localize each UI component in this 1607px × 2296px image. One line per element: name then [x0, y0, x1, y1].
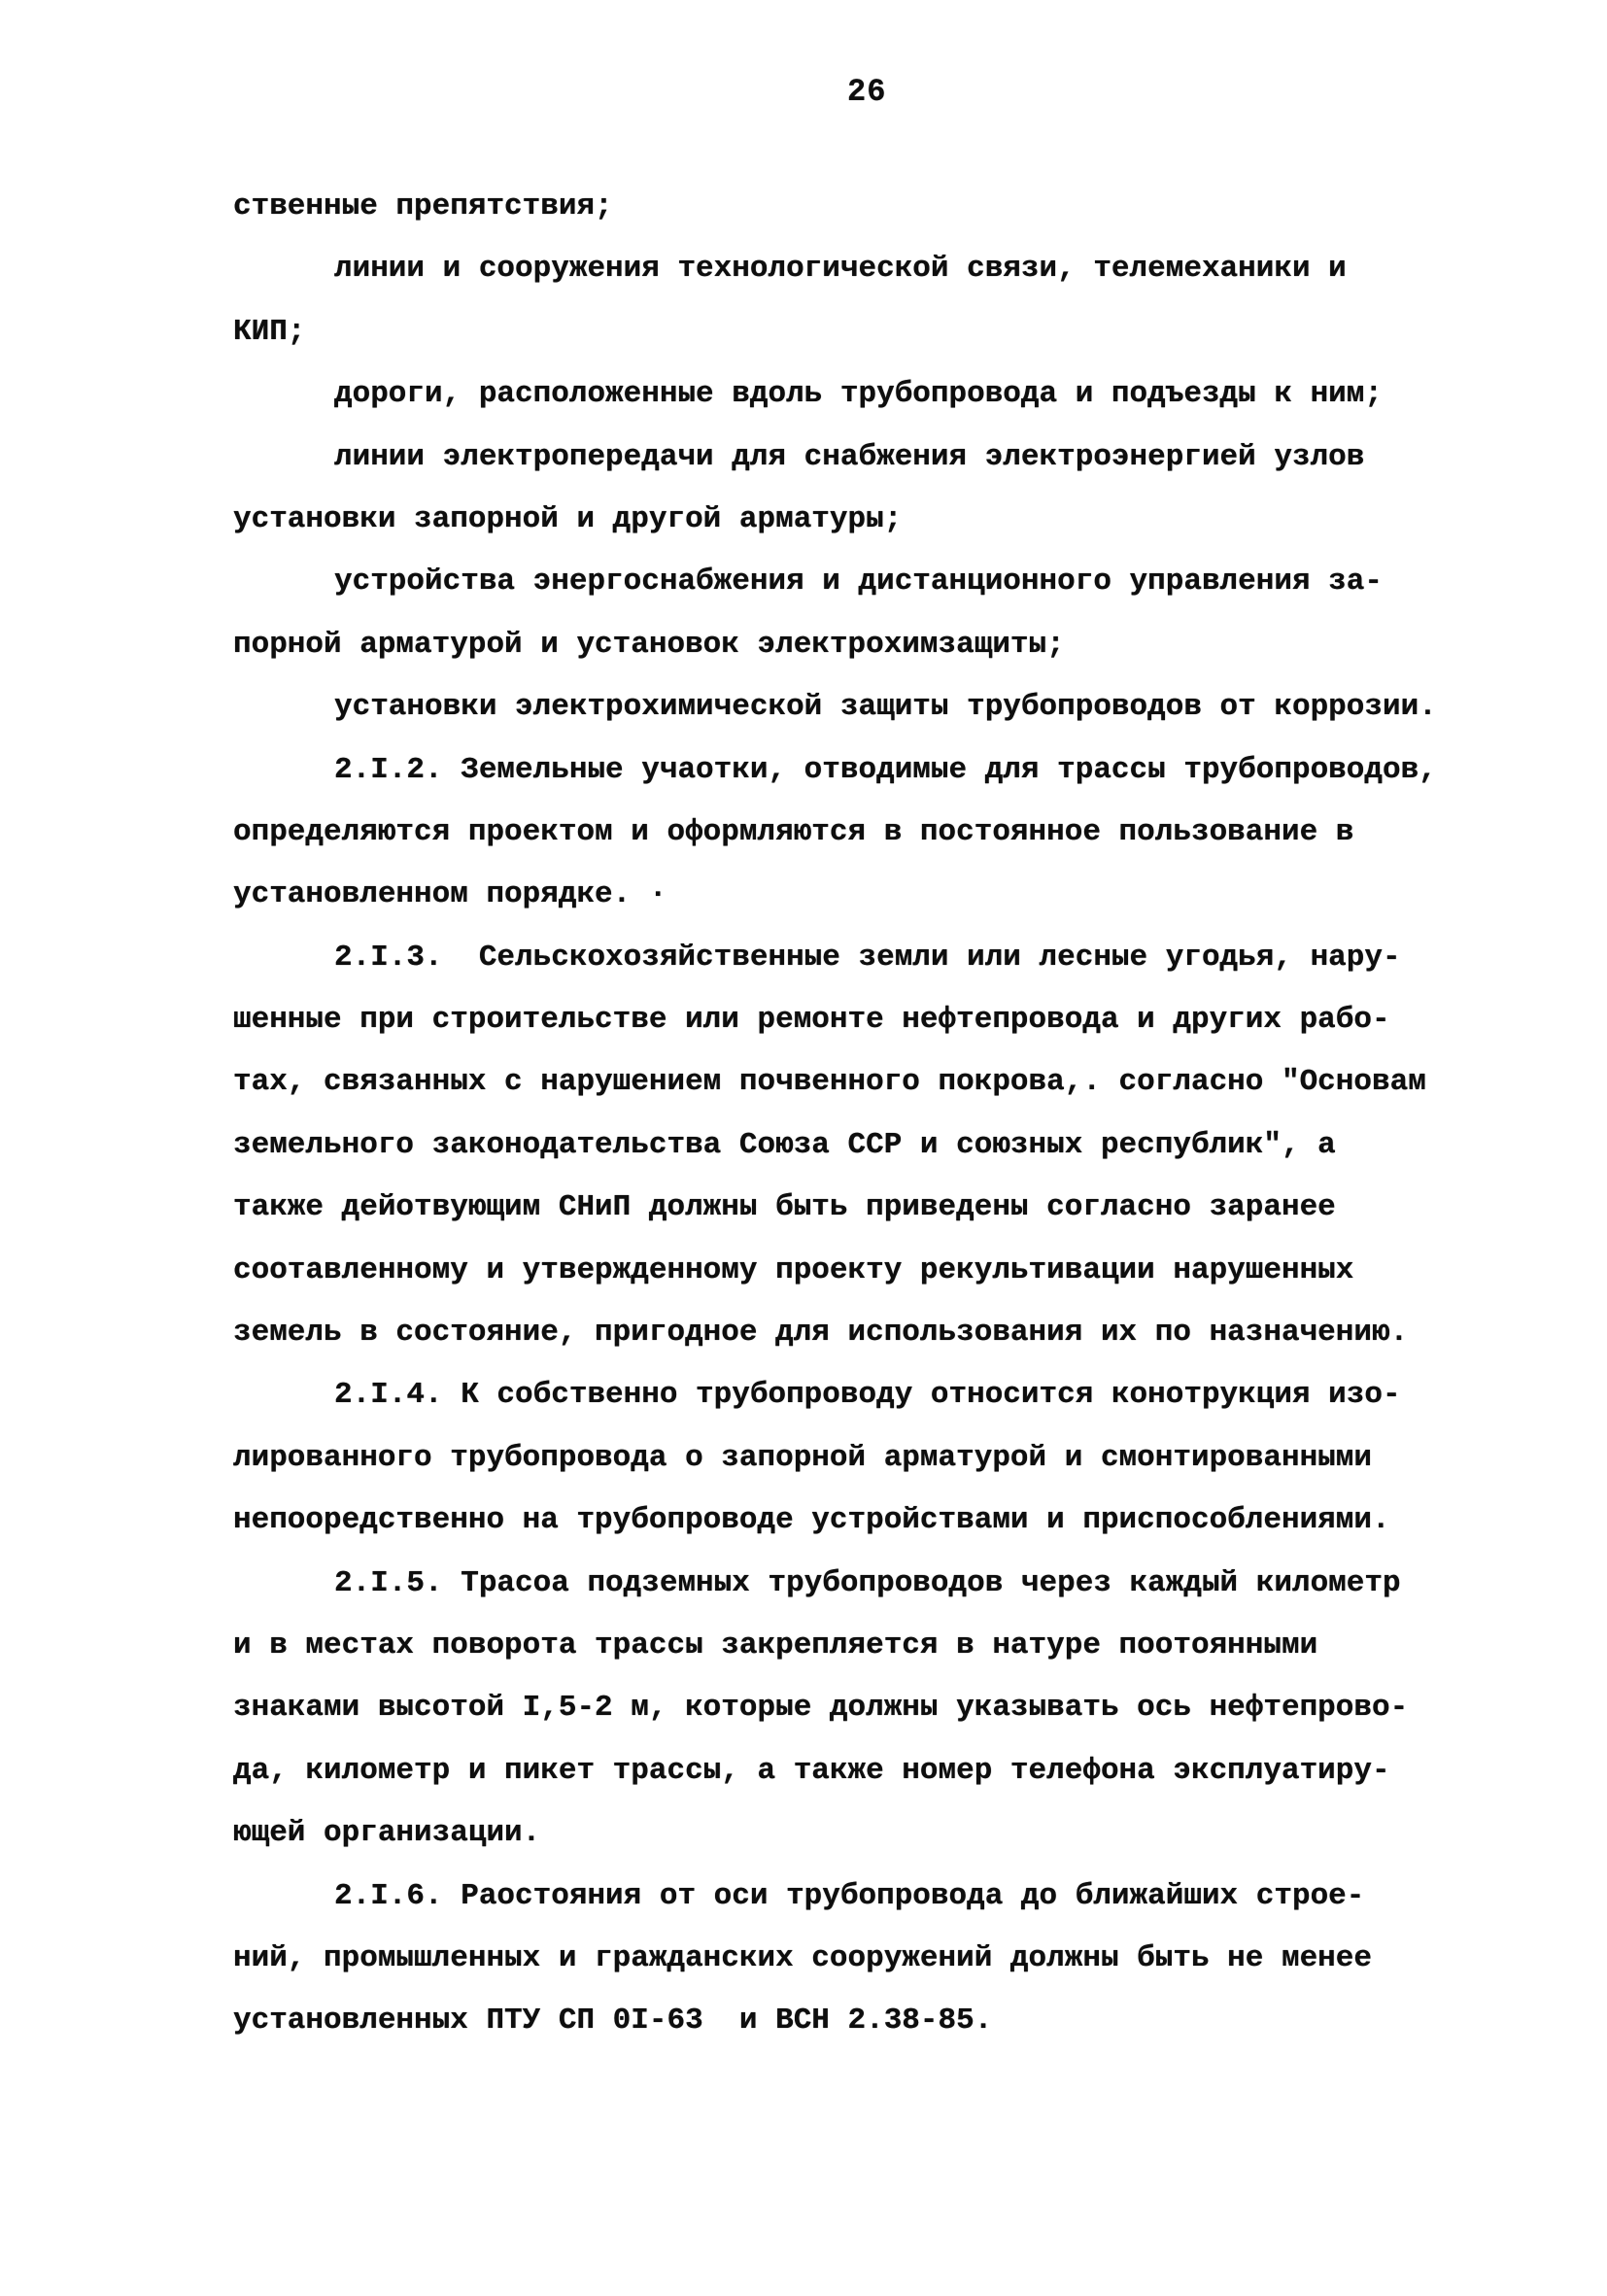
text-line: и в местах поворота трассы закрепляется …: [233, 1615, 1496, 1677]
text-line: также дейотвующим СНиП должны быть приве…: [233, 1177, 1496, 1239]
text-line: установленном порядке. ·: [233, 864, 1496, 926]
page-number: 26: [847, 74, 886, 110]
text-line: тах, связанных с нарушением почвенного п…: [233, 1051, 1496, 1114]
text-line: линии и сооружения технологической связи…: [233, 238, 1496, 300]
document-text-block: ственные препятствия;линии и сооружения …: [233, 176, 1496, 2053]
text-line: земельного законодательства Союза ССР и …: [233, 1114, 1496, 1177]
scanned-document-page: 26 ственные препятствия;линии и сооружен…: [0, 0, 1607, 2296]
text-line: знаками высотой I,5-2 м, которые должны …: [233, 1677, 1496, 1739]
text-line: лированного трубопровода о запорной арма…: [233, 1427, 1496, 1490]
text-line: установки электрохимической защиты трубо…: [233, 676, 1496, 738]
text-line: ющей организации.: [233, 1802, 1496, 1865]
text-line: 2.I.3. Сельскохозяйственные земли или ле…: [233, 927, 1496, 989]
text-line: шенные при строительстве или ремонте неф…: [233, 989, 1496, 1051]
text-line: 2.I.6. Раостояния от оси трубопровода до…: [233, 1866, 1496, 1928]
text-line: земель в состояние, пригодное для исполь…: [233, 1302, 1496, 1364]
text-line: порной арматурой и установок электрохимз…: [233, 614, 1496, 676]
text-line: установленных ПТУ СП 0I-63 и ВСН 2.38-85…: [233, 1990, 1496, 2052]
text-line: соотавленному и утвержденному проекту ре…: [233, 1240, 1496, 1302]
text-line: непооредственно на трубопроводе устройст…: [233, 1490, 1496, 1552]
text-line: линии электропередачи для снабжения элек…: [233, 427, 1496, 489]
text-line: 2.I.5. Трасоа подземных трубопроводов че…: [233, 1553, 1496, 1615]
text-line: да, километр и пикет трассы, а также ном…: [233, 1740, 1496, 1802]
text-line: определяются проектом и оформляются в по…: [233, 802, 1496, 864]
text-line: 2.I.2. Земельные учаотки, отводимые для …: [233, 739, 1496, 802]
text-line: ственные препятствия;: [233, 176, 1496, 238]
text-line: дороги, расположенные вдоль трубопровода…: [233, 363, 1496, 426]
text-line: установки запорной и другой арматуры;: [233, 489, 1496, 551]
text-line: ний, промышленных и гражданских сооружен…: [233, 1928, 1496, 1990]
text-line: 2.I.4. К собственно трубопроводу относит…: [233, 1364, 1496, 1426]
text-line: КИП;: [233, 301, 1496, 363]
text-line: устройства энергоснабжения и дистанционн…: [233, 551, 1496, 613]
